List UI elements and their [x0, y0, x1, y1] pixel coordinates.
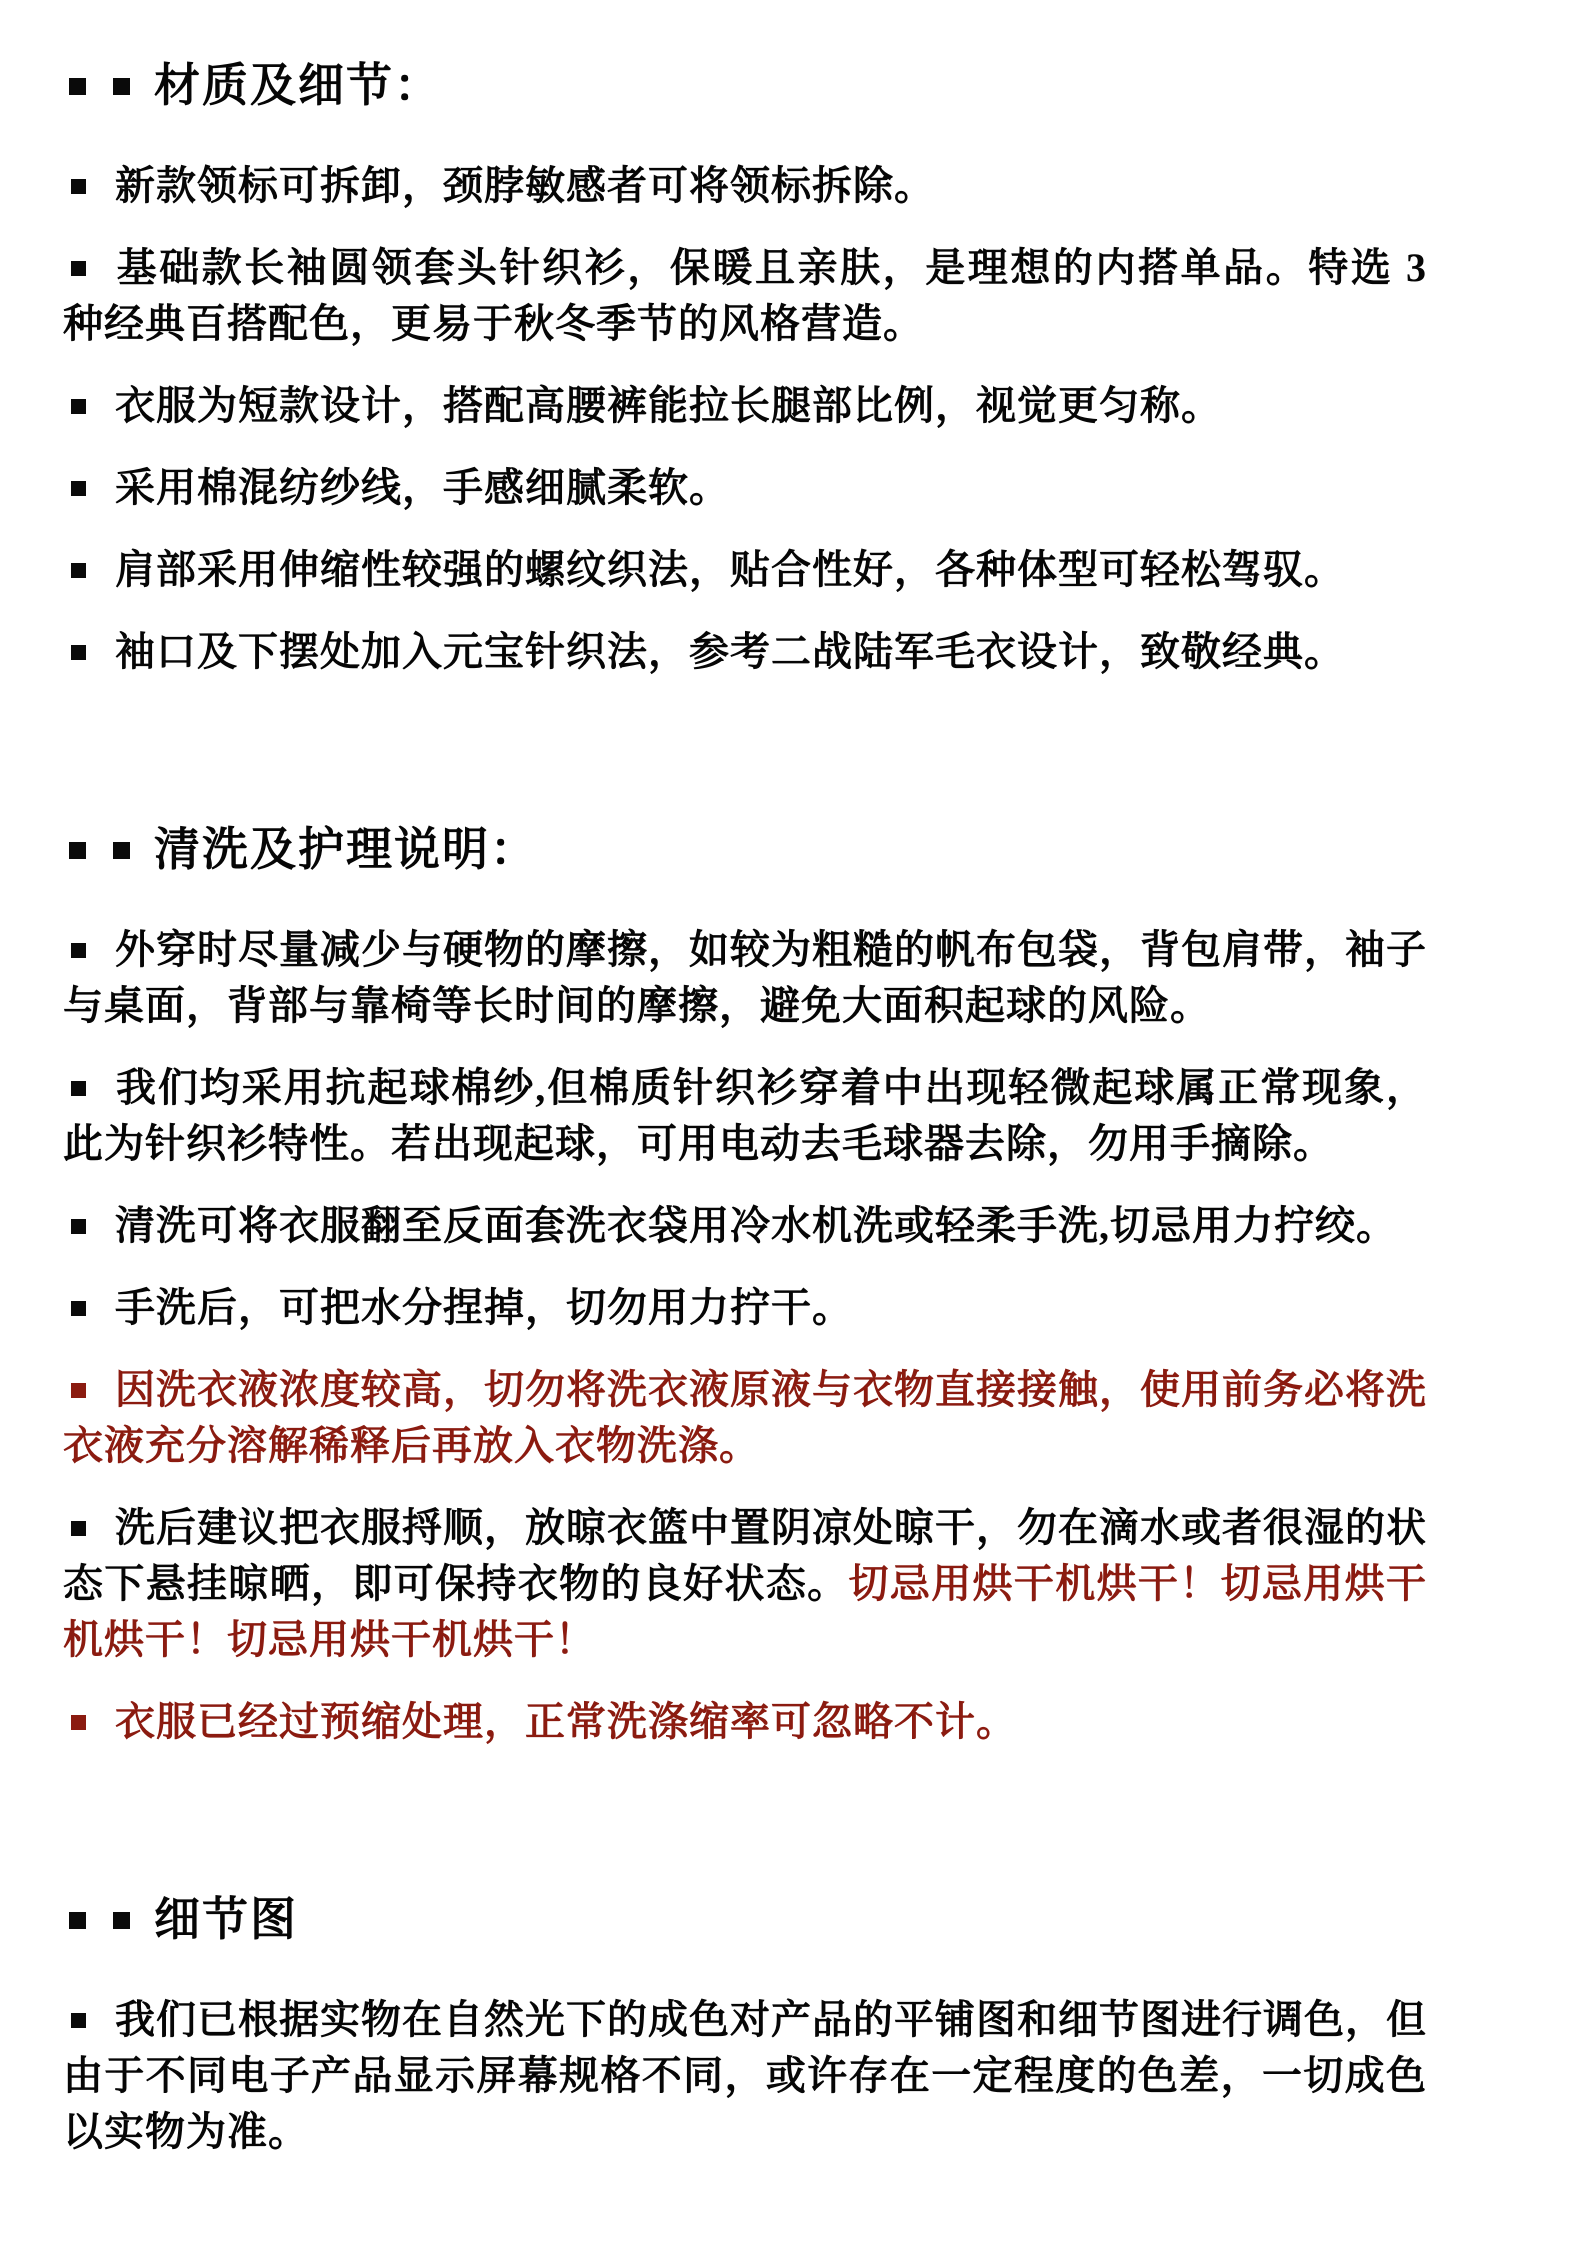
header-square-icon	[69, 842, 86, 859]
bullet-text: 新款领标可拆卸，颈脖敏感者可将领标拆除。	[115, 163, 935, 208]
bullet-text: 衣服为短款设计，搭配高腰裤能拉长腿部比例，视觉更匀称。	[115, 383, 1222, 428]
bullet-item: 基础款长袖圆领套头针织衫，保暖且亲肤，是理想的内搭单品。特选 3 种经典百搭配色…	[63, 240, 1427, 352]
section-header: 材质及细节：	[63, 58, 1427, 114]
bullet-square-icon	[71, 1219, 86, 1234]
section-spacer	[63, 1776, 1427, 1812]
bullet-square-icon	[71, 1715, 86, 1730]
bullet-item: 我们已根据实物在自然光下的成色对产品的平铺图和细节图进行调色，但由于不同电子产品…	[63, 1992, 1427, 2160]
bullet-item: 手洗后，可把水分捏掉，切勿用力拧干。	[63, 1280, 1427, 1336]
bullet-text: 采用棉混纺纱线，手感细腻柔软。	[115, 465, 730, 510]
bullet-text: 基础款长袖圆领套头针织衫，保暖且亲肤，是理想的内搭单品。特选 3 种经典百搭配色…	[63, 245, 1427, 346]
section-header: 清洗及护理说明：	[63, 822, 1427, 878]
bullet-item: 采用棉混纺纱线，手感细腻柔软。	[63, 460, 1427, 516]
section-title: 细节图	[154, 1892, 298, 1948]
header-square-icon	[69, 1912, 86, 1929]
bullet-text: 肩部采用伸缩性较强的螺纹织法，贴合性好，各种体型可轻松驾驭。	[115, 547, 1345, 592]
bullet-square-icon	[71, 2013, 86, 2028]
document: 材质及细节： 新款领标可拆卸，颈脖敏感者可将领标拆除。 基础款长袖圆领套头针织衫…	[0, 0, 1587, 2246]
bullet-square-icon	[71, 261, 86, 276]
bullet-square-icon	[71, 1521, 86, 1536]
bullet-item: 衣服为短款设计，搭配高腰裤能拉长腿部比例，视觉更匀称。	[63, 378, 1427, 434]
bullet-text: 清洗可将衣服翻至反面套洗衣袋用冷水机洗或轻柔手洗,切忌用力拧绞。	[115, 1203, 1397, 1248]
header-square-icon	[113, 78, 130, 95]
bullet-square-icon	[71, 399, 86, 414]
section-materials: 材质及细节： 新款领标可拆卸，颈脖敏感者可将领标拆除。 基础款长袖圆领套头针织衫…	[63, 58, 1427, 680]
header-square-icon	[113, 1912, 130, 1929]
section-care-instructions: 清洗及护理说明： 外穿时尽量减少与硬物的摩擦，如较为粗糙的帆布包袋，背包肩带，袖…	[63, 822, 1427, 1750]
bullet-item-warning: 衣服已经过预缩处理，正常洗涤缩率可忽略不计。	[63, 1694, 1427, 1750]
section-detail-images: 细节图 我们已根据实物在自然光下的成色对产品的平铺图和细节图进行调色，但由于不同…	[63, 1892, 1427, 2160]
bullet-item-warning: 因洗衣液浓度较高，切勿将洗衣液原液与衣物直接接触，使用前务必将洗衣液充分溶解稀释…	[63, 1362, 1427, 1474]
bullet-text: 我们已根据实物在自然光下的成色对产品的平铺图和细节图进行调色，但由于不同电子产品…	[63, 1997, 1427, 2154]
bullet-square-icon	[71, 481, 86, 496]
bullet-square-icon	[71, 1383, 86, 1398]
bullet-text-warning: 因洗衣液浓度较高，切勿将洗衣液原液与衣物直接接触，使用前务必将洗衣液充分溶解稀释…	[63, 1367, 1427, 1468]
bullet-square-icon	[71, 1081, 86, 1096]
section-title: 清洗及护理说明：	[154, 822, 538, 878]
bullet-text-warning: 衣服已经过预缩处理，正常洗涤缩率可忽略不计。	[115, 1699, 1017, 1744]
bullet-item: 袖口及下摆处加入元宝针织法，参考二战陆军毛衣设计，致敬经典。	[63, 624, 1427, 680]
bullet-item: 我们均采用抗起球棉纱,但棉质针织衫穿着中出现轻微起球属正常现象，此为针织衫特性。…	[63, 1060, 1427, 1172]
bullet-square-icon	[71, 563, 86, 578]
bullet-item: 洗后建议把衣服捋顺，放晾衣篮中置阴凉处晾干，勿在滴水或者很湿的状态下悬挂晾晒，即…	[63, 1500, 1427, 1668]
bullet-text: 我们均采用抗起球棉纱,但棉质针织衫穿着中出现轻微起球属正常现象，此为针织衫特性。…	[63, 1065, 1427, 1166]
bullet-text: 袖口及下摆处加入元宝针织法，参考二战陆军毛衣设计，致敬经典。	[115, 629, 1345, 674]
header-square-icon	[69, 78, 86, 95]
bullet-square-icon	[71, 943, 86, 958]
section-spacer	[63, 706, 1427, 742]
bullet-square-icon	[71, 1301, 86, 1316]
section-title: 材质及细节：	[154, 58, 442, 114]
bullet-square-icon	[71, 645, 86, 660]
bullet-square-icon	[71, 179, 86, 194]
section-header: 细节图	[63, 1892, 1427, 1948]
bullet-item: 新款领标可拆卸，颈脖敏感者可将领标拆除。	[63, 158, 1427, 214]
bullet-item: 外穿时尽量减少与硬物的摩擦，如较为粗糙的帆布包袋，背包肩带，袖子与桌面，背部与靠…	[63, 922, 1427, 1034]
header-square-icon	[113, 842, 130, 859]
bullet-item: 肩部采用伸缩性较强的螺纹织法，贴合性好，各种体型可轻松驾驭。	[63, 542, 1427, 598]
bullet-text: 外穿时尽量减少与硬物的摩擦，如较为粗糙的帆布包袋，背包肩带，袖子与桌面，背部与靠…	[63, 927, 1427, 1028]
bullet-item: 清洗可将衣服翻至反面套洗衣袋用冷水机洗或轻柔手洗,切忌用力拧绞。	[63, 1198, 1427, 1254]
bullet-text: 手洗后，可把水分捏掉，切勿用力拧干。	[115, 1285, 853, 1330]
